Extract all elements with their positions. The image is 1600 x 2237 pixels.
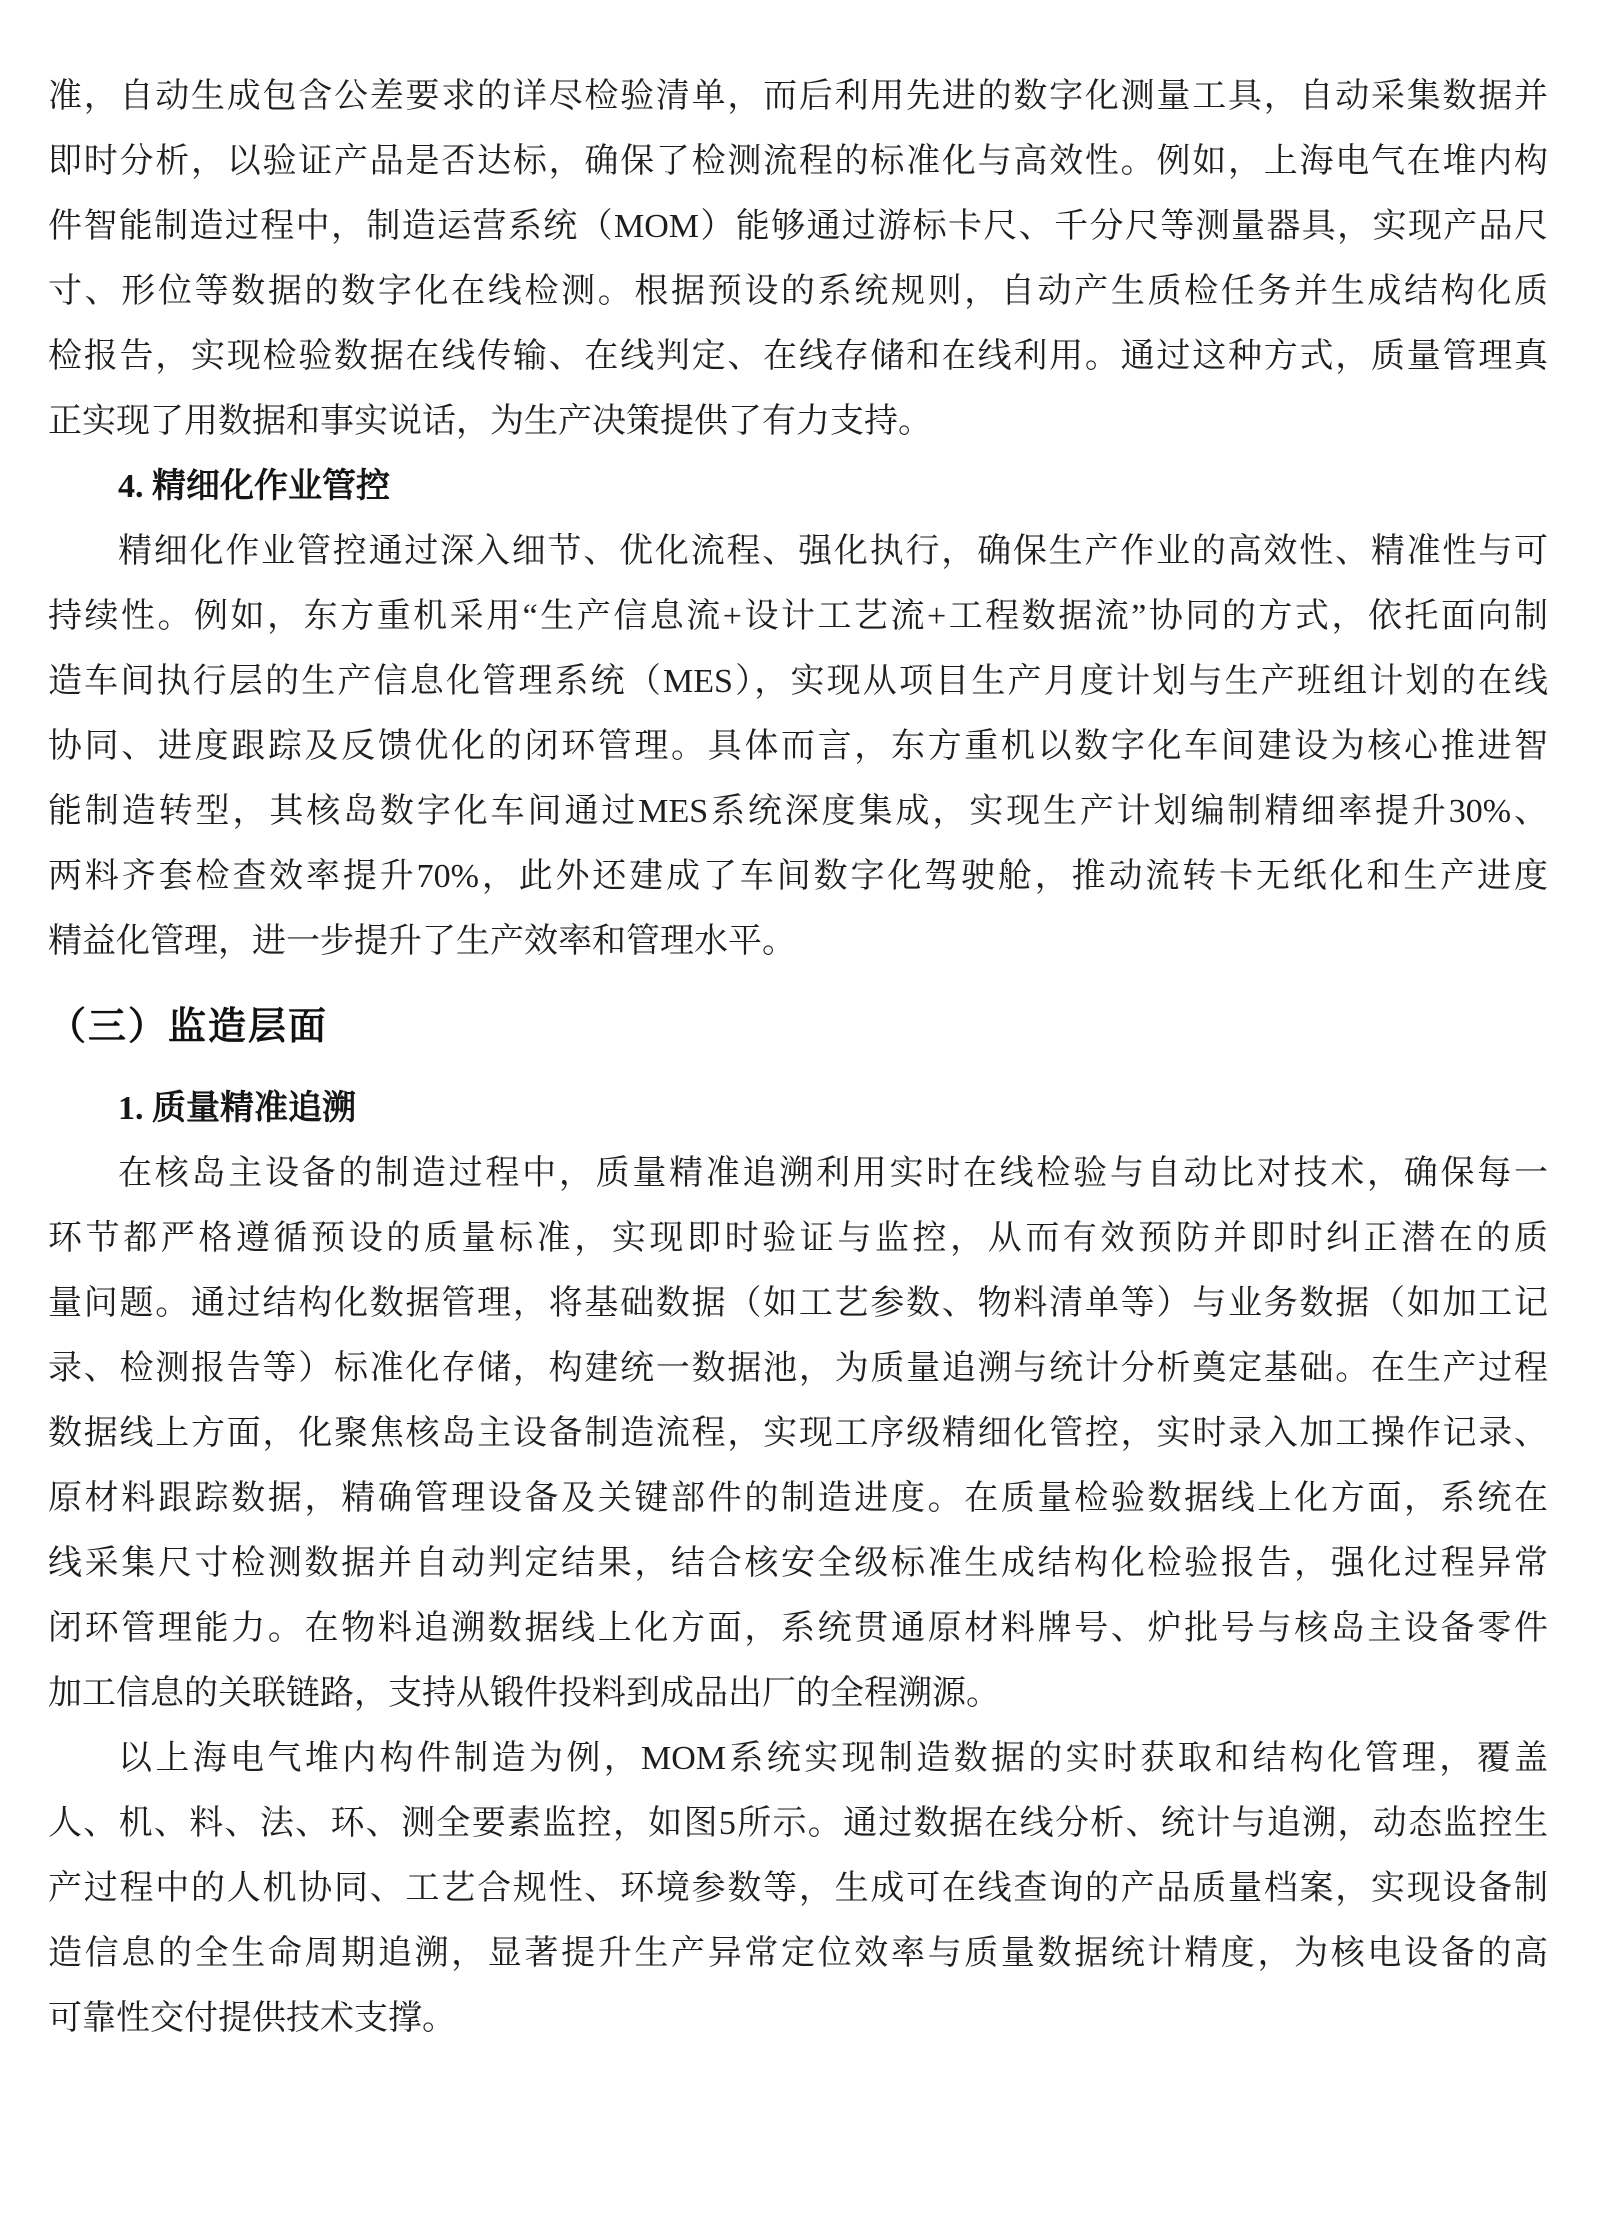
paragraph-line: 件智能制造过程中，制造运营系统（MOM）能够通过游标卡尺、千分尺等测量器具，实现…: [48, 194, 1548, 259]
paragraph-line: 准，自动生成包含公差要求的详尽检验清单，而后利用先进的数字化测量工具，自动采集数…: [48, 64, 1548, 129]
body-paragraph: 准，自动生成包含公差要求的详尽检验清单，而后利用先进的数字化测量工具，自动采集数…: [48, 64, 1548, 454]
paragraph-line: 正实现了用数据和事实说话，为生产决策提供了有力支持。: [48, 389, 1548, 454]
paragraph-line: 录、检测报告等）标准化存储，构建统一数据池，为质量追溯与统计分析奠定基础。在生产…: [48, 1336, 1548, 1401]
paragraph-line: 量问题。通过结构化数据管理，将基础数据（如工艺参数、物料清单等）与业务数据（如加…: [48, 1271, 1548, 1336]
paragraph-line: 检报告，实现检验数据在线传输、在线判定、在线存储和在线利用。通过这种方式，质量管…: [48, 324, 1548, 389]
paragraph-line: 产过程中的人机协同、工艺合规性、环境参数等，生成可在线查询的产品质量档案，实现设…: [48, 1856, 1548, 1921]
paragraph-line: 造车间执行层的生产信息化管理系统（MES），实现从项目生产月度计划与生产班组计划…: [48, 649, 1548, 714]
body-paragraph: 以上海电气堆内构件制造为例，MOM系统实现制造数据的实时获取和结构化管理，覆盖人…: [48, 1726, 1548, 2051]
paragraph-line: 可靠性交付提供技术支撑。: [48, 1986, 1548, 2051]
paragraph-line: 加工信息的关联链路，支持从锻件投料到成品出厂的全程溯源。: [48, 1661, 1548, 1726]
paragraph-line: 闭环管理能力。在物料追溯数据线上化方面，系统贯通原材料牌号、炉批号与核岛主设备零…: [48, 1596, 1548, 1661]
paragraph-line: 寸、形位等数据的数字化在线检测。根据预设的系统规则，自动产生质检任务并生成结构化…: [48, 259, 1548, 324]
paragraph-line: 环节都严格遵循预设的质量标准，实现即时验证与监控，从而有效预防并即时纠正潜在的质: [48, 1206, 1548, 1271]
paragraph-line: 数据线上方面，化聚焦核岛主设备制造流程，实现工序级精细化管控，实时录入加工操作记…: [48, 1401, 1548, 1466]
body-paragraph: 精细化作业管控通过深入细节、优化流程、强化执行，确保生产作业的高效性、精准性与可…: [48, 519, 1548, 974]
paragraph-line: 原材料跟踪数据，精确管理设备及关键部件的制造进度。在质量检验数据线上化方面，系统…: [48, 1466, 1548, 1531]
section-heading: （三）监造层面: [48, 994, 1548, 1060]
paragraph-line: 协同、进度跟踪及反馈优化的闭环管理。具体而言，东方重机以数字化车间建设为核心推进…: [48, 714, 1548, 779]
body-paragraph: 在核岛主设备的制造过程中，质量精准追溯利用实时在线检验与自动比对技术，确保每一环…: [48, 1141, 1548, 1726]
paragraph-line: 人、机、料、法、环、测全要素监控，如图5所示。通过数据在线分析、统计与追溯，动态…: [48, 1791, 1548, 1856]
paragraph-line: 两料齐套检查效率提升70%，此外还建成了车间数字化驾驶舱，推动流转卡无纸化和生产…: [48, 844, 1548, 909]
paragraph-line: 以上海电气堆内构件制造为例，MOM系统实现制造数据的实时获取和结构化管理，覆盖: [48, 1726, 1548, 1791]
paragraph-line: 精益化管理，进一步提升了生产效率和管理水平。: [48, 909, 1548, 974]
document-page: 准，自动生成包含公差要求的详尽检验清单，而后利用先进的数字化测量工具，自动采集数…: [0, 0, 1600, 2237]
paragraph-line: 线采集尺寸检测数据并自动判定结果，结合核安全级标准生成结构化检验报告，强化过程异…: [48, 1531, 1548, 1596]
paragraph-line: 持续性。例如，东方重机采用“生产信息流+设计工艺流+工程数据流”协同的方式，依托…: [48, 584, 1548, 649]
sub-heading: 4. 精细化作业管控: [48, 454, 1548, 519]
paragraph-line: 即时分析，以验证产品是否达标，确保了检测流程的标准化与高效性。例如，上海电气在堆…: [48, 129, 1548, 194]
paragraph-line: 造信息的全生命周期追溯，显著提升生产异常定位效率与质量数据统计精度，为核电设备的…: [48, 1921, 1548, 1986]
paragraph-line: 能制造转型，其核岛数字化车间通过MES系统深度集成，实现生产计划编制精细率提升3…: [48, 779, 1548, 844]
paragraph-line: 在核岛主设备的制造过程中，质量精准追溯利用实时在线检验与自动比对技术，确保每一: [48, 1141, 1548, 1206]
paragraph-line: 精细化作业管控通过深入细节、优化流程、强化执行，确保生产作业的高效性、精准性与可: [48, 519, 1548, 584]
sub-heading: 1. 质量精准追溯: [48, 1076, 1548, 1141]
